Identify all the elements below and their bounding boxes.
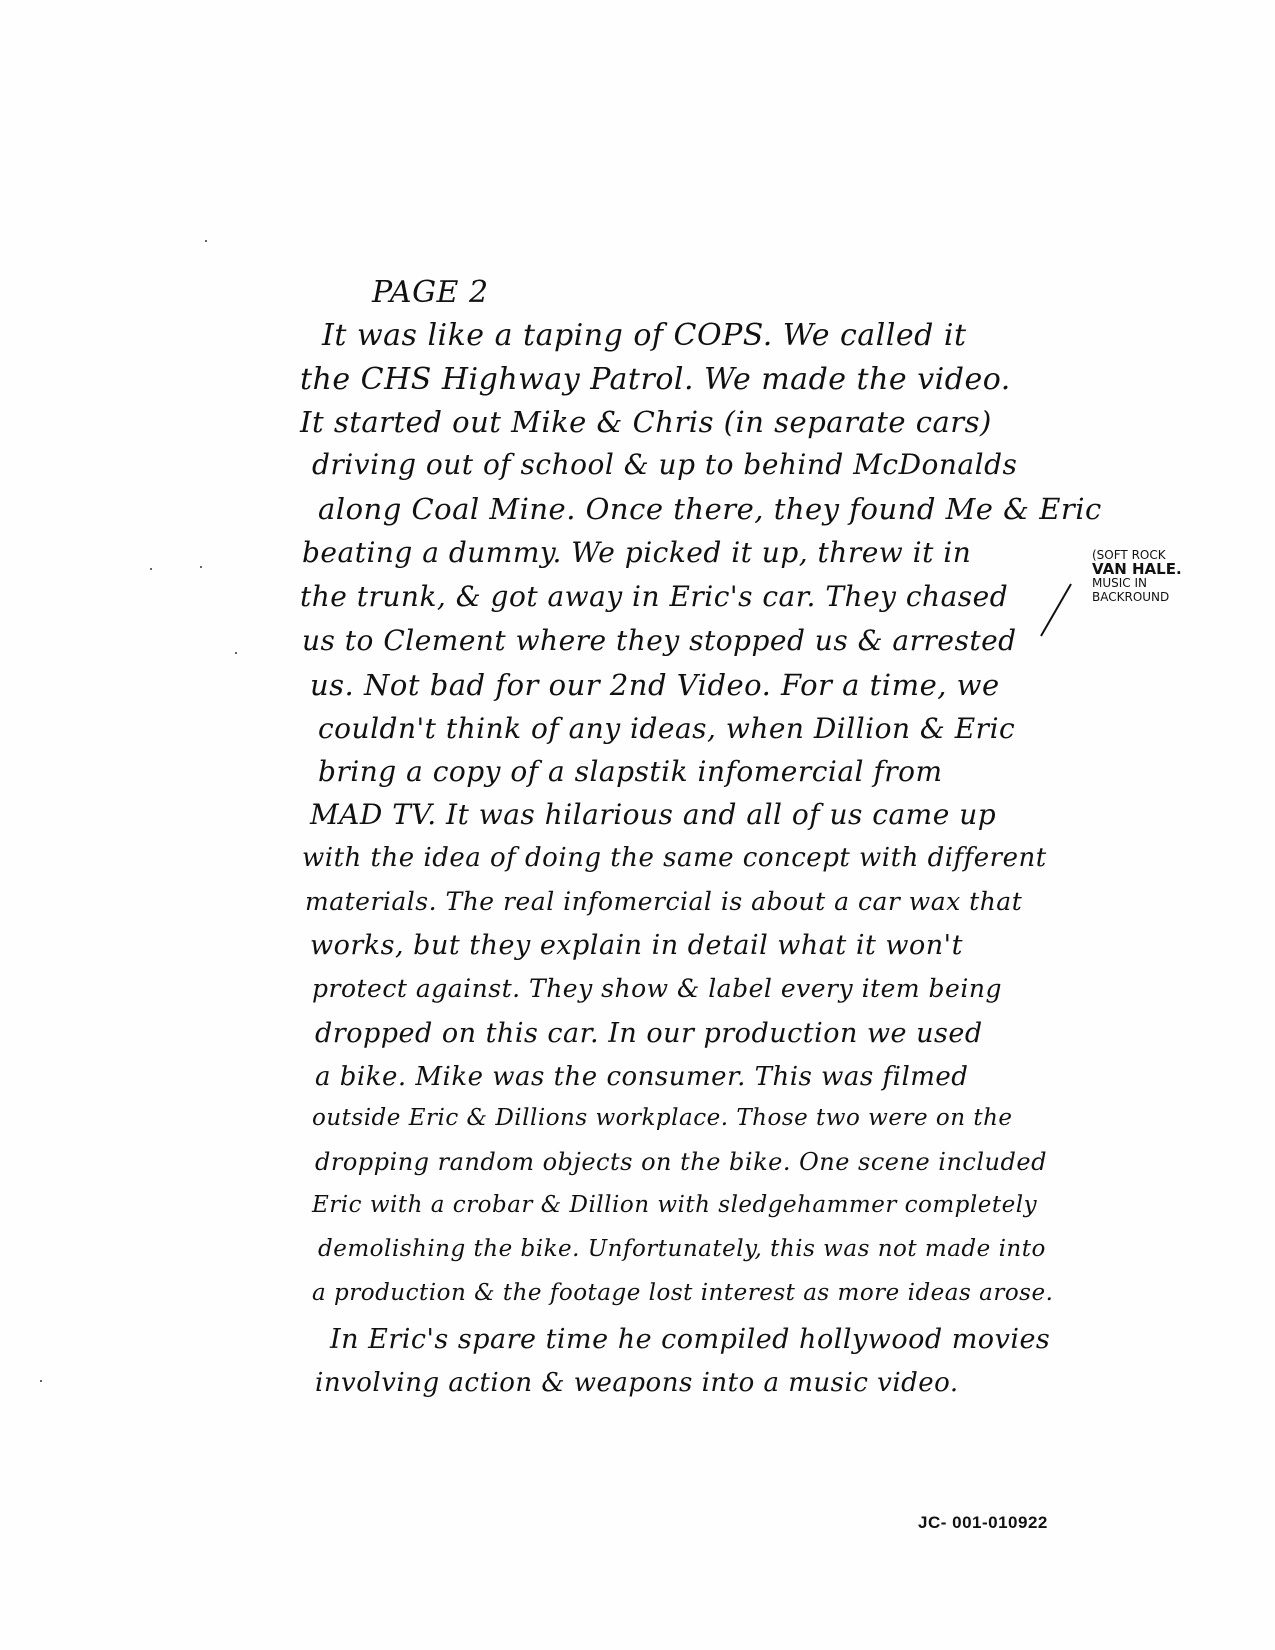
text-line: Eric with a crobar & Dillion with sledge… (312, 1192, 1037, 1218)
scanned-page: PAGE 2 It was like a taping of COPS. We … (0, 0, 1275, 1650)
text-line: protect against. They show & label every… (312, 974, 1002, 1003)
margin-note-line: BACKROUND (1092, 590, 1202, 604)
margin-note-arrow (1040, 584, 1072, 637)
text-line: involving action & weapons into a music … (315, 1368, 959, 1398)
text-line: It was like a taping of COPS. We called … (322, 318, 967, 353)
text-line: MAD TV. It was hilarious and all of us c… (310, 798, 996, 831)
text-line: beating a dummy. We picked it up, threw … (302, 536, 971, 569)
text-line: with the idea of doing the same concept … (302, 843, 1047, 873)
scan-speck (200, 566, 202, 568)
text-line: bring a copy of a slapstik infomercial f… (318, 755, 943, 788)
text-line: materials. The real infomercial is about… (305, 887, 1022, 916)
bates-stamp: JC- 001-010922 (918, 1513, 1048, 1533)
text-line: the CHS Highway Patrol. We made the vide… (300, 362, 1011, 397)
margin-note: (SOFT ROCK VAN HALE. MUSIC IN BACKROUND (1092, 548, 1202, 604)
margin-note-line: VAN HALE. (1092, 562, 1202, 576)
text-line: a production & the footage lost interest… (312, 1280, 1053, 1306)
text-line: the trunk, & got away in Eric's car. The… (300, 580, 1008, 613)
margin-note-line: MUSIC IN (1092, 576, 1202, 590)
scan-speck (205, 240, 207, 242)
scan-speck (40, 1380, 42, 1382)
text-line: us to Clement where they stopped us & ar… (302, 624, 1017, 657)
page-header: PAGE 2 (372, 275, 489, 310)
text-line: couldn't think of any ideas, when Dillio… (318, 712, 1015, 745)
text-line: works, but they explain in detail what i… (310, 930, 963, 961)
text-line: dropping random objects on the bike. One… (315, 1148, 1047, 1176)
scan-speck (150, 568, 152, 570)
scan-speck (235, 652, 237, 654)
text-line: It started out Mike & Chris (in separate… (300, 405, 992, 439)
text-line: driving out of school & up to behind McD… (312, 448, 1017, 481)
text-line: In Eric's spare time he compiled hollywo… (330, 1324, 1050, 1355)
text-line: us. Not bad for our 2nd Video. For a tim… (310, 668, 1000, 702)
text-line: demolishing the bike. Unfortunately, thi… (318, 1236, 1046, 1262)
text-line: outside Eric & Dillions workplace. Those… (312, 1105, 1013, 1131)
text-line: dropped on this car. In our production w… (315, 1018, 983, 1049)
text-line: along Coal Mine. Once there, they found … (318, 492, 1102, 526)
text-line: a bike. Mike was the consumer. This was … (315, 1062, 968, 1092)
